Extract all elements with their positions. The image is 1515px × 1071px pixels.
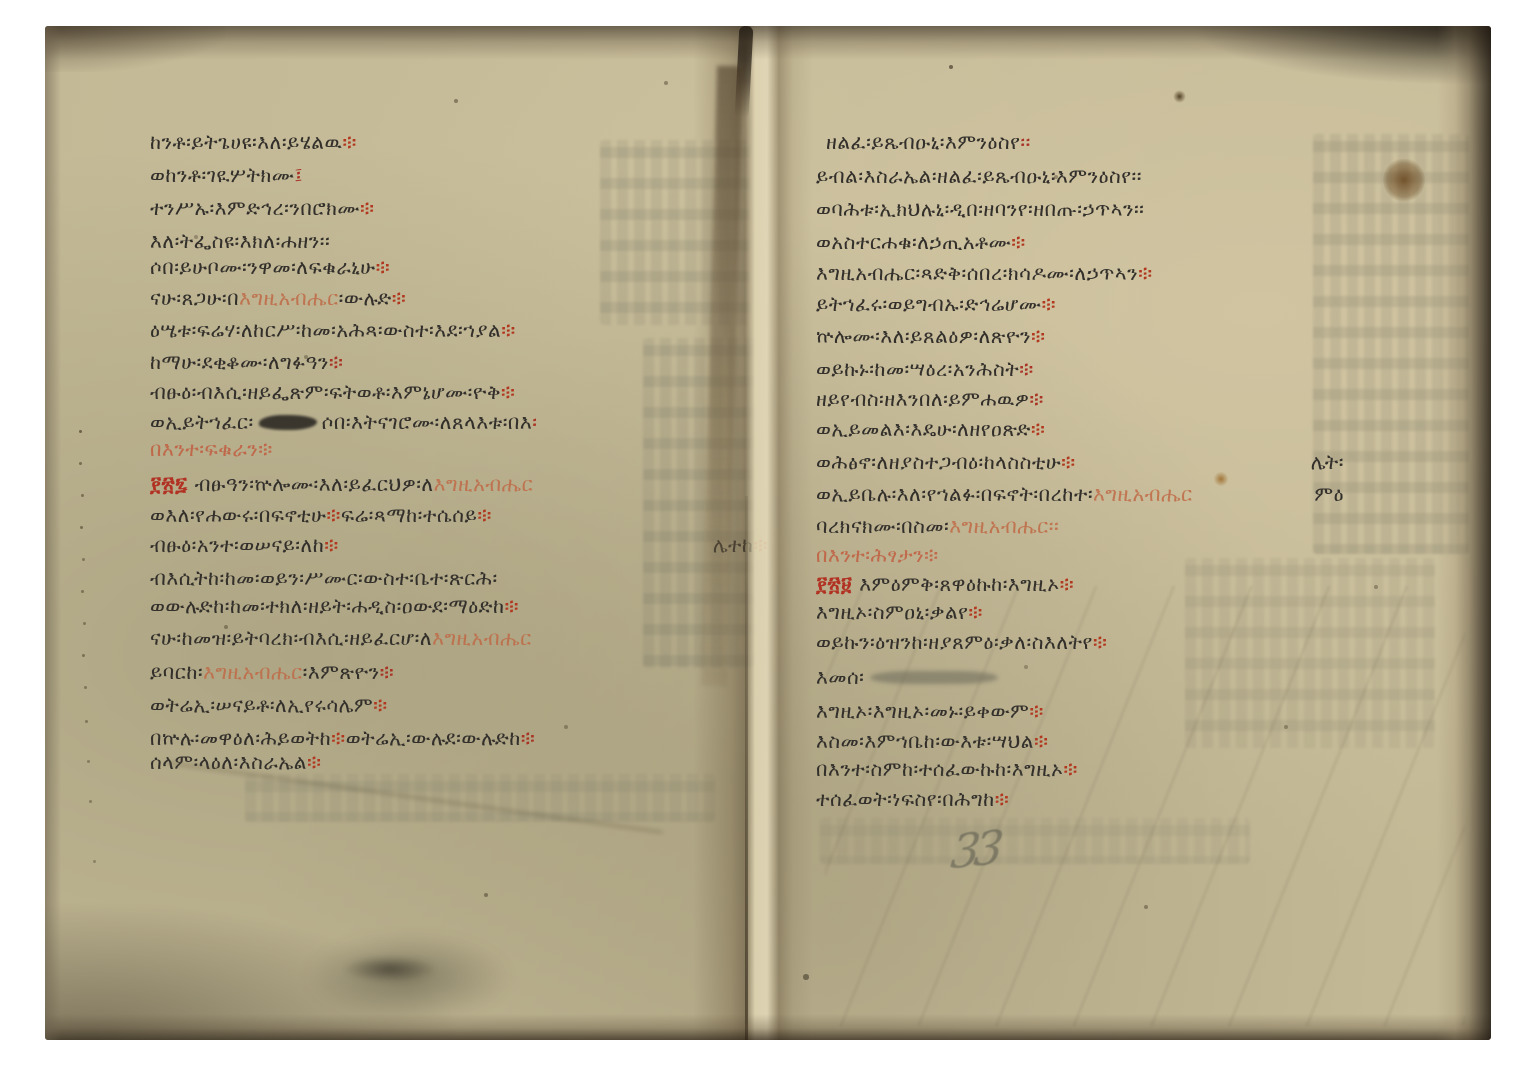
manuscript-line: ተንሥኡ፡እምድኅረ፡ንበሮክሙ፨: [150, 196, 768, 220]
line-tail: ምዕ: [1314, 482, 1344, 506]
ink-segment: ፨: [307, 750, 322, 774]
ink-segment: ናሁ፡ከመዝ፡ይትባረክ፡ብእሲ፡ዘይፈርሆ፡ለ: [150, 626, 432, 650]
ink-segment: እግዚአብሔር፡ጻድቅ፡ሰበረ፡ክሳዶሙ፡ለኃጥኣን: [816, 261, 1138, 285]
manuscript-line: ባረክናክሙ፡በስመ፡እግዚአብሔር፡፡: [816, 514, 1344, 538]
ink-segment: ወእለ፡የሐውሩ፡በፍኖቲሁ: [150, 503, 326, 527]
ink-segment: ወትሬኢ፡ውሉደ፡ውሉድከ: [346, 726, 521, 750]
manuscript-line: ብፁዕ፡ብእሲ፡ዘይፌጽም፡ፍትወቶ፡እምኔሆሙ፡ዮቅ፨: [150, 380, 768, 404]
manuscript-line: ወውሉድከ፡ከመ፡ተክለ፡ዘይት፡ሐዲስ፡ዐውደ፡ማዕድከ፨: [150, 594, 768, 618]
ink-segment: ባረክናክሙ፡በስመ፡: [816, 514, 949, 538]
ink-segment: ፡: [532, 410, 537, 434]
ink-segment: ፨: [329, 350, 344, 374]
ink-segment: ወአስተርሐቁ፡ለኃጢአቶሙ: [816, 230, 1011, 254]
book-edge-right: [1437, 26, 1491, 1040]
brown-stain: [1383, 158, 1425, 202]
ink-segment: በእንተ፡ፍቁራን፨: [150, 437, 273, 461]
ink-segment: ብፁዕ፡አንተ፡ወሠናይ፡ለከ: [150, 533, 324, 557]
ink-segment: ፨: [1011, 230, 1026, 254]
manuscript-line: እለ፡ትፌስዩ፡እክለ፡ሐዘን፡፡: [150, 229, 768, 253]
ink-segment: ዘልፈ፡ይጼብዑኒ፡እምንዕስየ: [826, 130, 1020, 154]
manuscript-book: ከንቶ፡ይትጌሀዩ፡እለ፡ይሄልዉ፨ወከንቶ፡ገዪሦትክሙ፤ተንሥኡ፡እምድኅረ…: [45, 26, 1491, 1040]
ink-segment: እግዚአብሔር: [434, 472, 534, 496]
ink-segment: እግዚአብሔር: [203, 660, 303, 684]
photo-background: ከንቶ፡ይትጌሀዩ፡እለ፡ይሄልዉ፨ወከንቶ፡ገዪሦትክሙ፤ተንሥኡ፡እምድኅረ…: [0, 0, 1515, 1071]
ink-segment: ፨: [376, 255, 391, 279]
ink-segment: ፨: [392, 286, 407, 310]
small-stain: [1173, 90, 1186, 103]
gutter-crease-bottom: [745, 496, 748, 1040]
rubric-heading: በእንተ፡ፍቁራን፨: [150, 437, 768, 461]
manuscript-line: ወኢይመልእ፡እዴሁ፡ለዘየዐጽድ፨: [816, 417, 1344, 441]
manuscript-line: ወእለ፡የሐውሩ፡በፍኖቲሁ፨ፍሬ፡ጻማከ፡ተሴሰይ፨: [150, 503, 768, 527]
ink-segment: ወኢይመልእ፡እዴሁ፡ለዘየዐጽድ: [816, 417, 1031, 441]
ink-segment: ፨: [360, 196, 375, 220]
manuscript-line: ወኢይትኀፈር፡ሶበ፡እትናገሮሙ፡ለጸላእቱ፡በእ፡: [150, 410, 768, 434]
ink-segment: ሌት፡: [1311, 450, 1344, 474]
ink-segment: ወውሉድከ፡ከመ፡ተክለ፡ዘይት፡ሐዲስ፡ዐውደ፡ማዕድከ: [150, 594, 505, 618]
manuscript-line: ይትኀፈሩ፡ወይግብኡ፡ድኅሬሆሙ፨: [816, 292, 1344, 316]
ink-segment: ፨: [477, 503, 492, 527]
manuscript-line: ከማሁ፡ደቂቆሙ፡ለግፉዓን፨: [150, 350, 768, 374]
line-tail: ሌት፡: [1311, 450, 1344, 474]
manuscript-line: በኵሉ፡መዋዕለ፡ሕይወትከ፨ወትሬኢ፡ውሉደ፡ውሉድከ፨: [150, 726, 768, 750]
ink-segment: ፨: [324, 533, 339, 557]
manuscript-line: ዘልፈ፡ይጼብዑኒ፡እምንዕስየ፡፡: [826, 130, 1354, 154]
manuscript-line: ኵሎሙ፡እለ፡ይጸልዕዎ፡ለጽዮን፨: [816, 324, 1344, 348]
book-edge-bottom-left: [45, 900, 465, 1040]
ink-segment: ፨: [501, 318, 516, 342]
ink-segment: እለ፡ትፌስዩ፡እክለ፡ሐዘን፡፡: [150, 229, 330, 253]
manuscript-line: ይብል፡እስራኤል፡ዘልፈ፡ይጼብዑኒ፡እምንዕስየ፡፡: [816, 164, 1344, 188]
ink-segment: ፨: [505, 594, 520, 618]
ink-segment: ፨: [1042, 292, 1057, 316]
amber-stain: [1213, 472, 1229, 486]
manuscript-line: ወይኩኑ፡ከመ፡ሣዕረ፡አንሕስት፨: [816, 357, 1344, 381]
manuscript-line: ዘይየብስ፡ዘእንበለ፡ይምሐዉዎ፨: [816, 387, 1344, 411]
ink-segment: ፨: [1061, 450, 1076, 474]
manuscript-line: ወባሕቱ፡ኢክህሉኒ፡ዲበ፡ዘባንየ፡ዘበጡ፡ኃጥኣን፡፡: [816, 197, 1344, 221]
book-edge-top-left: [45, 26, 225, 72]
manuscript-line: ይባርከ፡እግዚአብሔር፡እምጽዮን፨: [150, 660, 768, 684]
ink-segment: ወከንቶ፡ገዪሦትክሙ: [150, 163, 294, 187]
ink-segment: ፨: [501, 380, 516, 404]
ink-segment: ምዕ: [1314, 482, 1344, 506]
manuscript-line: ወኢይቤሉ፡እለ፡የኀልፉ፡በፍኖት፡በረከተ፡እግዚአብሔርምዕ: [816, 482, 1344, 506]
ink-segment: ይብል፡እስራኤል፡ዘልፈ፡ይጼብዑኒ፡እምንዕስየ፡፡: [816, 164, 1142, 188]
ink-segment: ናሁ፡ጸጋሁ፡በ: [150, 286, 239, 310]
ink-segment: ፡እምጽዮን: [303, 660, 380, 684]
manuscript-line: ከንቶ፡ይትጌሀዩ፡እለ፡ይሄልዉ፨: [150, 130, 768, 154]
ink-segment: በኵሉ፡መዋዕለ፡ሕይወትከ: [150, 726, 331, 750]
manuscript-line: ናሁ፡ጸጋሁ፡በእግዚአብሔር፡ውሉድ፨: [150, 286, 768, 310]
book-edge-left: [45, 26, 61, 1040]
ink-segment: ወኢይትኀፈር፡: [150, 410, 254, 434]
ink-segment: ፨: [1031, 417, 1046, 441]
ink-segment: ፨: [331, 726, 346, 750]
ink-segment: ፨: [342, 130, 357, 154]
ink-segment: ወኢይቤሉ፡እለ፡የኀልፉ፡በፍኖት፡በረከተ፡: [816, 482, 1093, 506]
ink-segment: በእንተ፡ሕፃታን፨: [816, 543, 939, 567]
ink-segment: ፨: [1138, 261, 1153, 285]
ink-segment: እግዚአብሔር፡፡: [949, 514, 1059, 538]
ink-segment: ይባርከ፡: [150, 660, 203, 684]
manuscript-line: ሶበ፡ይሁቦሙ፡ንዋመ፡ለፍቁራኒሁ፨: [150, 255, 768, 279]
rubric-heading: በእንተ፡ሕፃታን፨: [816, 543, 1344, 567]
manuscript-line: ወከንቶ፡ገዪሦትክሙ፤: [150, 163, 768, 187]
ink-segment: ኵሎሙ፡እለ፡ይጸልዕዎ፡ለጽዮን: [816, 324, 1031, 348]
manuscript-line: ብፁዕ፡አንተ፡ወሠናይ፡ለከ፨ሌተከ፨: [150, 533, 768, 557]
ink-segment: ፍሬ፡ጻማከ፡ተሴሰይ: [341, 503, 477, 527]
prick-marks: [79, 430, 82, 433]
ink-blot: [259, 415, 317, 430]
ink-segment: ፨: [521, 726, 536, 750]
manuscript-line: ናሁ፡ከመዝ፡ይትባረክ፡ብእሲ፡ዘይፈርሆ፡ለእግዚአብሔር: [150, 626, 768, 650]
manuscript-line: ሰላም፡ላዕለ፡እስራኤል፨: [150, 750, 768, 774]
ink-segment: ፡፡: [1020, 130, 1030, 154]
ink-segment: ዕሤቱ፡ፍሬሃ፡ለከርሥ፡ከመ፡አሕጻ፡ውስተ፡እደ፡ኀያል: [150, 318, 501, 342]
ink-segment: ከንቶ፡ይትጌሀዩ፡እለ፡ይሄልዉ: [150, 130, 342, 154]
ink-segment: ዘይየብስ፡ዘእንበለ፡ይምሐዉዎ: [816, 387, 1029, 411]
ink-segment: ፨: [380, 660, 395, 684]
ink-segment: እግዚአብሔር: [432, 626, 532, 650]
manuscript-line: ወሕፅኖ፡ለዘያስተጋብዕ፡ከላስስቲሁ፨ሌት፡: [816, 450, 1344, 474]
manuscript-line: ፻፳፯ብፁዓን፡ኵሎሙ፡እለ፡ይፈርህዎ፡ለእግዚአብሔር: [150, 472, 768, 496]
ink-segment: ወባሕቱ፡ኢክህሉኒ፡ዲበ፡ዘባንየ፡ዘበጡ፡ኃጥኣን፡፡: [816, 197, 1144, 221]
ink-segment: ተንሥኡ፡እምድኅረ፡ንበሮክሙ: [150, 196, 360, 220]
ink-segment: ሶበ፡ይሁቦሙ፡ንዋመ፡ለፍቁራኒሁ: [150, 255, 376, 279]
ink-segment: ወይኩኑ፡ከመ፡ሣዕረ፡አንሕስት: [816, 357, 1019, 381]
ink-segment: ፨: [373, 693, 388, 717]
ink-segment: ፨: [1019, 357, 1034, 381]
manuscript-line: ዕሤቱ፡ፍሬሃ፡ለከርሥ፡ከመ፡አሕጻ፡ውስተ፡እደ፡ኀያል፨: [150, 318, 768, 342]
manuscript-line: እግዚአብሔር፡ጻድቅ፡ሰበረ፡ክሳዶሙ፡ለኃጥኣን፨: [816, 261, 1344, 285]
ink-segment: ይትኀፈሩ፡ወይግብኡ፡ድኅሬሆሙ: [816, 292, 1042, 316]
ink-segment: ብፁዕ፡ብእሲ፡ዘይፌጽም፡ፍትወቶ፡እምኔሆሙ፡ዮቅ: [150, 380, 501, 404]
ink-segment: እግዚአብሔር: [239, 286, 339, 310]
ink-segment: ብእሲትከ፡ከመ፡ወይን፡ሥሙር፡ውስተ፡ቤተ፡ጽርሕ፡: [150, 566, 498, 590]
manuscript-line: ብእሲትከ፡ከመ፡ወይን፡ሥሙር፡ውስተ፡ቤተ፡ጽርሕ፡: [150, 566, 768, 590]
manuscript-line: ወአስተርሐቁ፡ለኃጢአቶሙ፨: [816, 230, 1344, 254]
manuscript-line: ወትሬኢ፡ሠናይቶ፡ለኢየሩሳሌም፨: [150, 693, 768, 717]
ink-segment: ፻፳፯: [150, 472, 188, 496]
ink-segment: ፨: [1029, 387, 1044, 411]
ink-segment: ፨: [1031, 324, 1046, 348]
ink-segment: ብፁዓን፡ኵሎሙ፡እለ፡ይፈርህዎ፡ለ: [195, 472, 434, 496]
ink-segment: ሶበ፡እትናገሮሙ፡ለጸላእቱ፡በእ: [322, 410, 533, 434]
ink-segment: ወሕፅኖ፡ለዘያስተጋብዕ፡ከላስስቲሁ: [816, 450, 1061, 474]
ink-segment: ፤: [294, 163, 303, 187]
ink-segment: ወትሬኢ፡ሠናይቶ፡ለኢየሩሳሌም: [150, 693, 373, 717]
ink-segment: ፡ውሉድ: [339, 286, 392, 310]
ink-segment: ፨: [326, 503, 341, 527]
parchment-wrinkles: [825, 586, 1465, 1026]
ink-segment: ከማሁ፡ደቂቆሙ፡ለግፉዓን: [150, 350, 329, 374]
ink-segment: እግዚአብሔር: [1093, 482, 1193, 506]
